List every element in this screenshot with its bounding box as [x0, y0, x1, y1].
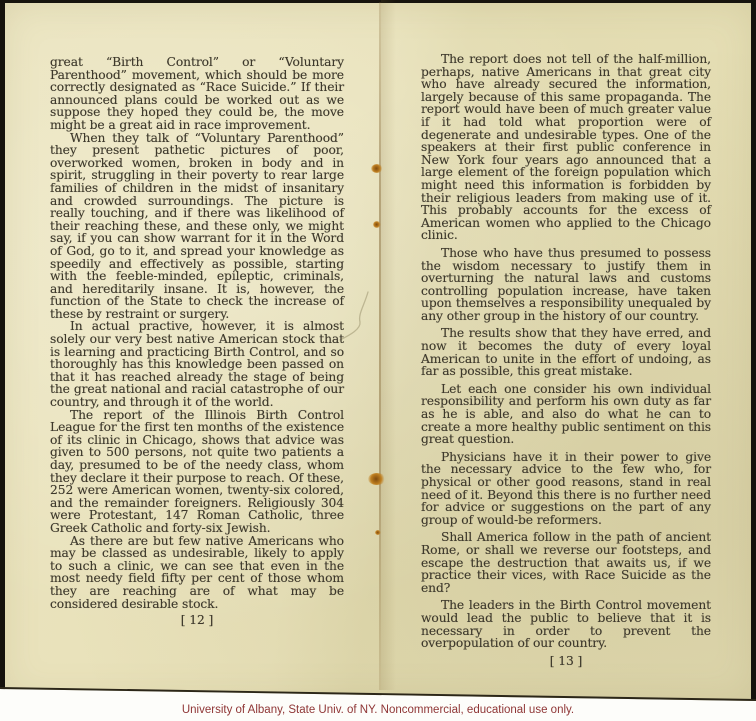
scan-edge-right: [751, 0, 756, 700]
paragraph: In actual practive, however, it is almos…: [50, 320, 344, 408]
rust-spot: [371, 164, 383, 173]
page-number-left: [ 12 ]: [50, 614, 344, 627]
paragraph: Let each one consider his own individual…: [421, 383, 711, 446]
paragraph: Physicians have it in their power to giv…: [421, 451, 711, 527]
scan-edge-left: [0, 0, 5, 691]
paragraph: The results show that they have erred, a…: [421, 327, 711, 377]
paragraph: great “Birth Control” or “Voluntary Pare…: [50, 56, 344, 132]
rust-spot: [373, 221, 381, 228]
paragraph: As there are but few native Americans wh…: [50, 535, 344, 611]
page-number-right: [ 13 ]: [421, 655, 711, 668]
paragraph: When they talk of “Voluntary Parenthood”…: [50, 132, 344, 321]
paragraph: The leaders in the Birth Control movemen…: [421, 599, 711, 649]
rust-spot: [375, 530, 381, 535]
page-gutter-shadow: [381, 0, 396, 690]
scan-edge-bottom: [0, 687, 756, 702]
scan-edge-top: [0, 0, 756, 3]
paragraph: Those who have thus presumed to possess …: [421, 247, 711, 323]
book-spread-scan: great “Birth Control” or “Voluntary Pare…: [0, 0, 756, 702]
left-page: great “Birth Control” or “Voluntary Pare…: [50, 56, 344, 627]
rust-spot: [368, 473, 386, 485]
attribution-caption: University of Albany, State Univ. of NY.…: [0, 702, 756, 721]
paragraph: Shall America follow in the path of anci…: [421, 531, 711, 594]
right-page: The report does not tell of the half-mil…: [421, 53, 711, 667]
paragraph: The report does not tell of the half-mil…: [421, 53, 711, 242]
paragraph: The report of the Illinois Birth Control…: [50, 409, 344, 535]
